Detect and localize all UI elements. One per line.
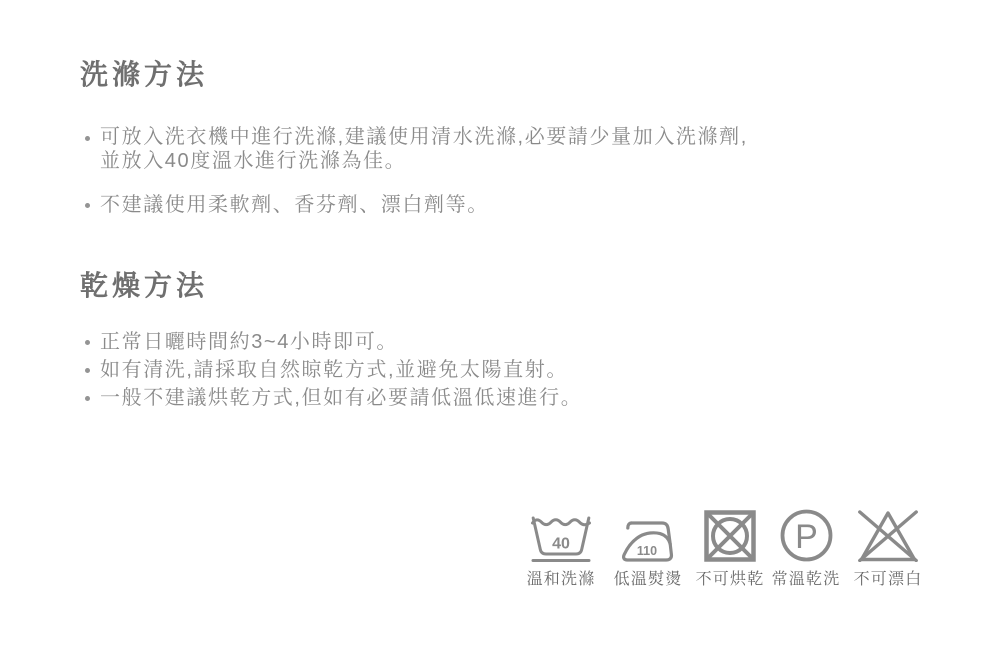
drying-bullet-1-line-1: 正常日曬時間約3~4小時即可。 bbox=[100, 330, 398, 354]
bullet-dot bbox=[85, 340, 90, 345]
bullet-dot bbox=[85, 368, 90, 373]
do-not-bleach-icon bbox=[858, 510, 918, 562]
wash-tub-40-icon: 40 bbox=[530, 516, 592, 562]
iron-temperature-value: 110 bbox=[637, 544, 657, 558]
care-symbol-label: 不可烘乾 bbox=[694, 566, 766, 589]
care-symbol-dry-clean: P 常溫乾洗 bbox=[770, 509, 842, 589]
drying-bullet-3-line-1: 一般不建議烘乾方式,但如有必要請低溫低速進行。 bbox=[100, 386, 582, 410]
care-symbol-label: 溫和洗滌 bbox=[525, 566, 597, 589]
care-symbol-label: 不可漂白 bbox=[852, 566, 924, 589]
care-symbol-no-bleach: 不可漂白 bbox=[852, 509, 924, 589]
do-not-tumble-dry-icon bbox=[704, 510, 756, 562]
care-symbol-label: 常溫乾洗 bbox=[770, 566, 842, 589]
washing-bullet-2-line-1: 不建議使用柔軟劑、香芬劑、漂白劑等。 bbox=[100, 193, 489, 217]
dry-clean-p-icon: P bbox=[770, 509, 842, 562]
drying-bullet-1: 正常日曬時間約3~4小時即可。 bbox=[100, 330, 398, 354]
care-symbol-low-iron: 110 低溫熨燙 bbox=[612, 509, 684, 589]
drying-bullet-3: 一般不建議烘乾方式,但如有必要請低溫低速進行。 bbox=[100, 386, 582, 410]
dry-clean-p-icon: P bbox=[780, 509, 833, 562]
care-instructions-page: 洗滌方法 可放入洗衣機中進行洗滌,建議使用清水洗滌,必要請少量加入洗滌劑, 並放… bbox=[0, 0, 1000, 656]
washing-bullet-2: 不建議使用柔軟劑、香芬劑、漂白劑等。 bbox=[100, 193, 489, 217]
wash-tub-40-icon: 40 bbox=[525, 509, 597, 562]
do-not-bleach-icon bbox=[852, 509, 924, 562]
care-symbol-label: 低溫熨燙 bbox=[612, 566, 684, 589]
washing-bullet-1-line-2: 並放入40度溫水進行洗滌為佳。 bbox=[100, 149, 748, 173]
care-symbol-no-tumble-dry: 不可烘乾 bbox=[694, 509, 766, 589]
section-title-washing: 洗滌方法 bbox=[80, 60, 208, 91]
do-not-tumble-dry-icon bbox=[694, 509, 766, 562]
section-title-drying: 乾燥方法 bbox=[80, 271, 208, 302]
bullet-dot bbox=[85, 396, 90, 401]
iron-110-icon: 110 bbox=[619, 518, 677, 562]
washing-bullet-1: 可放入洗衣機中進行洗滌,建議使用清水洗滌,必要請少量加入洗滌劑, 並放入40度溫… bbox=[100, 125, 748, 173]
iron-110-icon: 110 bbox=[612, 509, 684, 562]
dry-clean-letter: P bbox=[795, 518, 818, 556]
wash-temperature-value: 40 bbox=[552, 536, 570, 553]
bullet-dot bbox=[85, 136, 90, 141]
drying-bullet-2-line-1: 如有清洗,請採取自然晾乾方式,並避免太陽直射。 bbox=[100, 358, 568, 382]
drying-bullet-2: 如有清洗,請採取自然晾乾方式,並避免太陽直射。 bbox=[100, 358, 568, 382]
washing-bullet-1-line-1: 可放入洗衣機中進行洗滌,建議使用清水洗滌,必要請少量加入洗滌劑, bbox=[100, 125, 748, 149]
care-symbol-gentle-wash: 40 溫和洗滌 bbox=[525, 509, 597, 589]
bullet-dot bbox=[85, 203, 90, 208]
